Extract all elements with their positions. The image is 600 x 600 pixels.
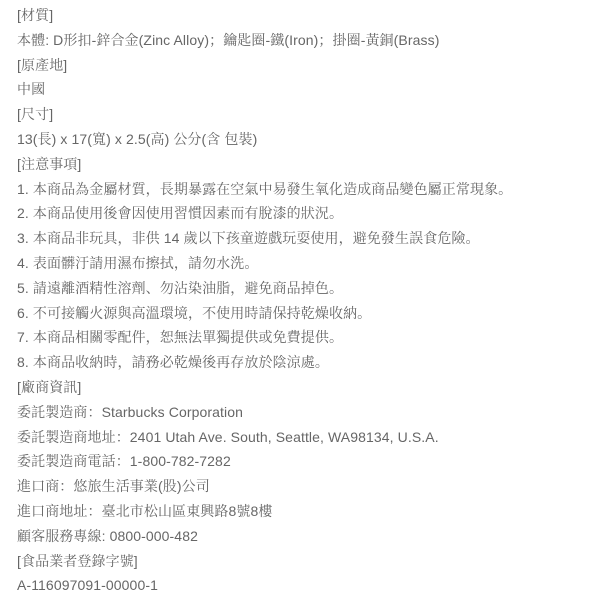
section-heading: [注意事項] [17, 152, 590, 177]
text-line: 4. 表面髒汙請用濕布擦拭，請勿水洗。 [17, 251, 590, 276]
text-line: 6. 不可接觸火源與高溫環境，不使用時請保持乾燥收納。 [17, 301, 590, 326]
product-info-panel: [材質]本體: D形扣-鋅合金(Zinc Alloy)；鑰匙圈-鐵(Iron)；… [0, 0, 600, 600]
section-heading: [原產地] [17, 53, 590, 78]
text-line: 進口商地址：臺北市松山區東興路8號8樓 [17, 499, 590, 524]
section-heading: [尺寸] [17, 102, 590, 127]
text-line: 進口商：悠旅生活事業(股)公司 [17, 474, 590, 499]
text-line: 3. 本商品非玩具，非供 14 歲以下孩童遊戲玩耍使用，避免發生誤食危險。 [17, 226, 590, 251]
text-line: 1. 本商品為金屬材質，長期暴露在空氣中易發生氧化造成商品變色屬正常現象。 [17, 177, 590, 202]
text-line: 委託製造商地址：2401 Utah Ave. South, Seattle, W… [17, 425, 590, 450]
section-heading: [材質] [17, 3, 590, 28]
text-line: A-116097091-00000-1 [17, 573, 590, 598]
text-line: 7. 本商品相關零配件，恕無法單獨提供或免費提供。 [17, 325, 590, 350]
text-line: 5. 請遠離酒精性溶劑、勿沾染油脂，避免商品掉色。 [17, 276, 590, 301]
text-line: 委託製造商電話：1-800-782-7282 [17, 449, 590, 474]
text-line: 委託製造商：Starbucks Corporation [17, 400, 590, 425]
text-line: 2. 本商品使用後會因使用習慣因素而有脫漆的狀況。 [17, 201, 590, 226]
text-line: 中國 [17, 77, 590, 102]
section-heading: [食品業者登錄字號] [17, 549, 590, 574]
text-line: 8. 本商品收納時，請務必乾燥後再存放於陰涼處。 [17, 350, 590, 375]
section-heading: [廠商資訊] [17, 375, 590, 400]
text-line: 13(長) x 17(寬) x 2.5(高) 公分(含 包裝) [17, 127, 590, 152]
text-line: 顧客服務專線: 0800-000-482 [17, 524, 590, 549]
text-line: 本體: D形扣-鋅合金(Zinc Alloy)；鑰匙圈-鐵(Iron)；掛圈-黃… [17, 28, 590, 53]
